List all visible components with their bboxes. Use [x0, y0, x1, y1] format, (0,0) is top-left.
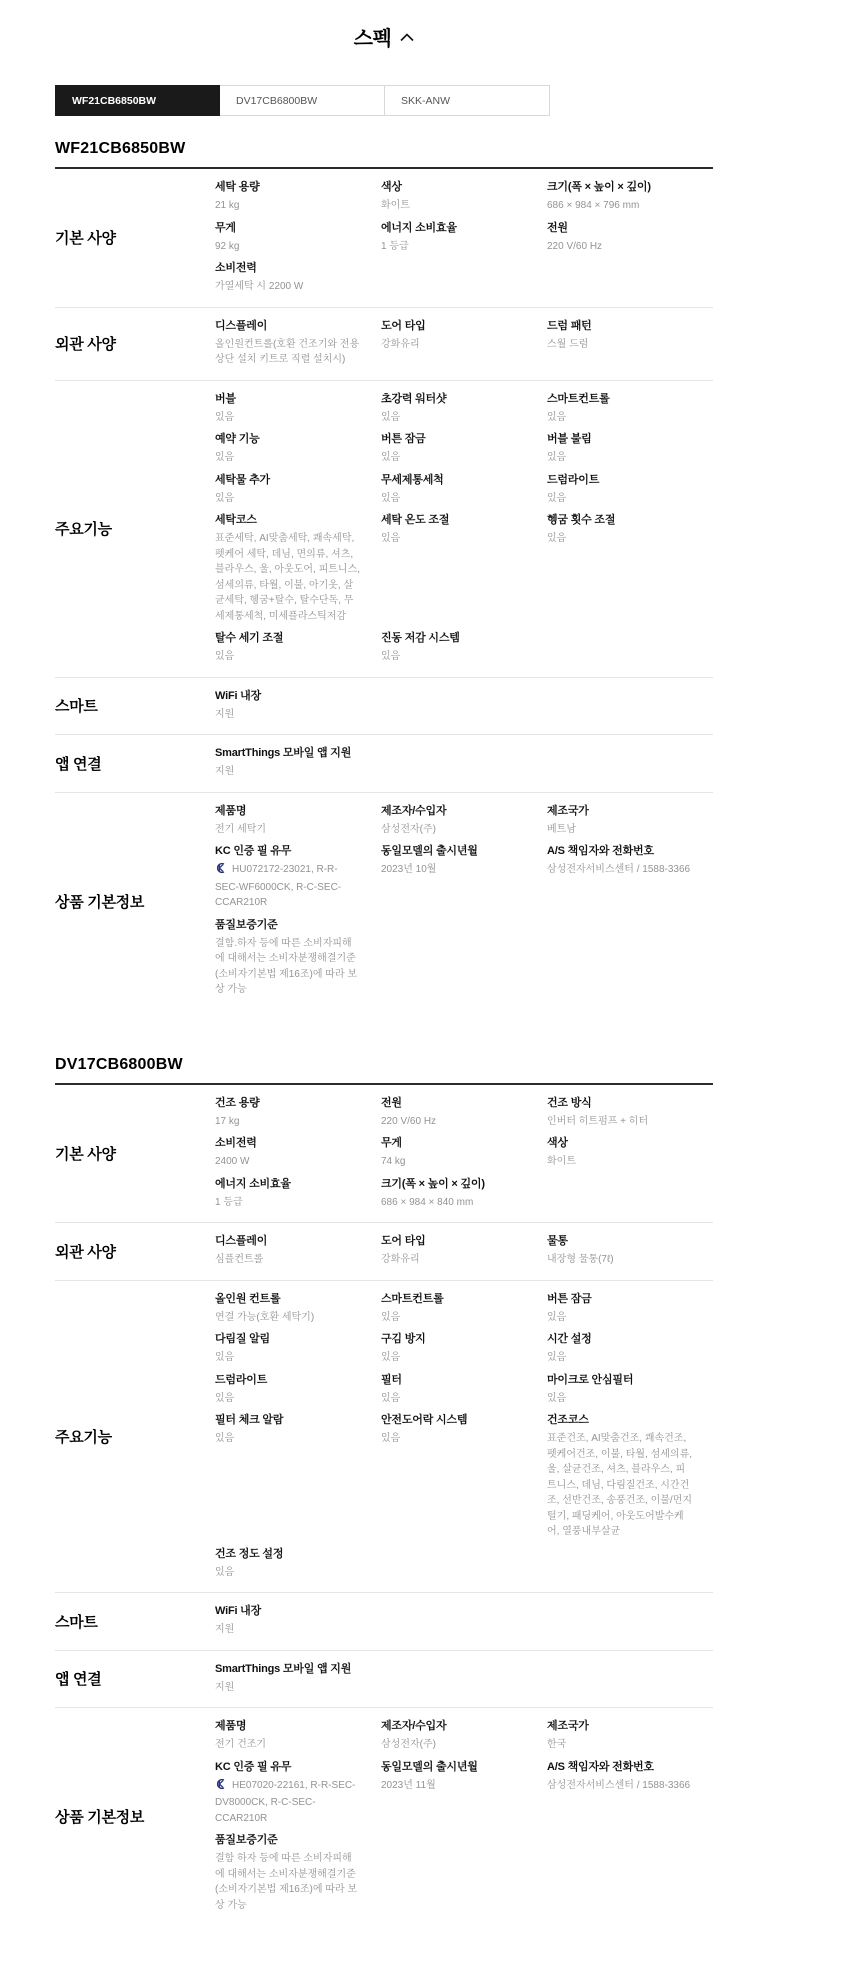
spec-value: 전기 세탁기 [215, 824, 266, 835]
spec-value: 가열세탁 시 2200 W [215, 281, 303, 292]
spec-row: KC 인증 필 유무HU072172-23021, R-R-SEC-WF6000… [215, 840, 713, 914]
spec-label: WiFi 내장 [215, 689, 361, 703]
spec-row: WiFi 내장지원 [215, 685, 713, 726]
spec-value: 연결 가능(호환 세탁기) [215, 1312, 314, 1323]
spec-label: 동일모델의 출시년월 [381, 1760, 527, 1774]
spec-label: 세탁 온도 조절 [381, 513, 527, 527]
tab-WF21CB6850BW[interactable]: WF21CB6850BW [55, 85, 220, 116]
spec-value: 강화유리 [381, 1254, 420, 1265]
section-label: 기본 사양 [55, 1085, 215, 1223]
spec-cell: 버튼 잠금있음 [547, 1288, 713, 1329]
spec-section: 상품 기본정보제품명전기 건조기제조자/수입자삼성전자(주)제조국가한국KC 인… [55, 1708, 713, 1925]
spec-label: 제조자/수입자 [381, 804, 527, 818]
spec-value: 74 kg [381, 1156, 405, 1167]
spec-cell: 스마트컨트롤있음 [381, 1288, 547, 1329]
tab-SKK-ANW[interactable]: SKK-ANW [385, 85, 550, 116]
spec-value: 있음 [547, 452, 566, 463]
spec-value: 한국 [547, 1739, 566, 1750]
spec-cell: 시간 설정있음 [547, 1328, 713, 1369]
spec-label: 버블 불림 [547, 432, 693, 446]
spec-cell: 색상화이트 [381, 176, 547, 217]
spec-label: 헹굼 횟수 조절 [547, 513, 693, 527]
spec-cell: 제조국가베트남 [547, 800, 713, 841]
spec-row: 품질보증기준결함.하자 등에 따른 소비자피해에 대해서는 소비자분쟁해결기준(… [215, 914, 713, 1001]
spec-label: 크기(폭 × 높이 × 깊이) [547, 180, 693, 194]
spec-label: 품질보증기준 [215, 1833, 361, 1847]
spec-label: 에너지 소비효율 [215, 1177, 361, 1191]
spec-label: KC 인증 필 유무 [215, 844, 361, 858]
spec-cell: 크기(폭 × 높이 × 깊이)686 × 984 × 840 mm [381, 1173, 547, 1214]
spec-row: 무게92 kg에너지 소비효율1 등급전원220 V/60 Hz [215, 217, 713, 258]
spec-value: 결함 하자 등에 따른 소비자피해에 대해서는 소비자분쟁해결기준(소비자기본법… [215, 1853, 357, 1911]
spec-label: 세탁 용량 [215, 180, 361, 194]
spec-section: 외관 사양디스플레이심플컨트롤도어 타입강화유리물통내장형 물통(7ℓ) [55, 1223, 713, 1281]
spec-cell: 디스플레이올인원컨트롤(호환 건조기와 전용 상단 설치 키트로 직렬 설치시) [215, 315, 381, 371]
spec-row: 세탁물 추가있음무세제통세척있음드럼라이트있음 [215, 469, 713, 510]
spec-label: A/S 책임자와 전화번호 [547, 1760, 693, 1774]
spec-label: 건조 방식 [547, 1096, 693, 1110]
spec-value: 결함.하자 등에 따른 소비자피해에 대해서는 소비자분쟁해결기준(소비자기본법… [215, 938, 357, 996]
spec-cell: 버튼 잠금있음 [381, 428, 547, 469]
product-spec-tables: WF21CB6850BW기본 사양세탁 용량21 kg색상화이트크기(폭 × 높… [55, 140, 713, 1925]
spec-cell: 건조 방식인버터 히트펌프 + 히터 [547, 1092, 713, 1133]
spec-label: 소비전력 [215, 261, 361, 275]
spec-cell: SmartThings 모바일 앱 지원지원 [215, 742, 381, 783]
spec-page: 스펙 WF21CB6850BWDV17CB6800BWSKK-ANW WF21C… [55, 0, 713, 1925]
spec-cell: 마이크로 안심필터있음 [547, 1369, 713, 1410]
spec-value: 있음 [547, 1312, 566, 1323]
spec-cell: 에너지 소비효율1 등급 [381, 217, 547, 258]
section-label: 상품 기본정보 [55, 793, 215, 1010]
spec-cell: 필터 체크 알람있음 [215, 1409, 381, 1543]
spec-label: 다림질 알림 [215, 1332, 361, 1346]
spec-cell: 제조자/수입자삼성전자(주) [381, 800, 547, 841]
spec-section: 주요기능버블있음초강력 워터샷있음스마트컨트롤있음예약 기능있음버튼 잠금있음버… [55, 381, 713, 678]
spec-value: 있음 [381, 1393, 400, 1404]
spec-label: 드럼 패턴 [547, 319, 693, 333]
spec-value: 있음 [381, 1352, 400, 1363]
section-label: 외관 사양 [55, 1223, 215, 1280]
spec-section: 앱 연결SmartThings 모바일 앱 지원지원 [55, 735, 713, 793]
spec-value: 표준건조, AI맞춤건조, 쾌속건조, 펫케어건조, 이불, 타월, 섬세의류,… [547, 1433, 692, 1537]
spec-cell: 드럼라이트있음 [215, 1369, 381, 1410]
spec-value: 2023년 11월 [381, 1780, 436, 1791]
section-label: 주요기능 [55, 1281, 215, 1593]
spec-cell: 전원220 V/60 Hz [547, 217, 713, 258]
spec-value: 지원 [215, 1624, 234, 1635]
spec-label: 제조자/수입자 [381, 1719, 527, 1733]
spec-cell: 구김 방지있음 [381, 1328, 547, 1369]
spec-value: 삼성전자서비스센터 / 1588-3366 [547, 1780, 690, 1791]
spec-value: 표준세탁, AI맞춤세탁, 쾌속세탁, 펫케어 세탁, 데님, 면의류, 셔츠,… [215, 533, 360, 622]
spec-value: 화이트 [547, 1156, 576, 1167]
spec-label: 안전도어락 시스템 [381, 1413, 527, 1427]
section-label: 스마트 [55, 678, 215, 735]
spec-value: 있음 [215, 493, 234, 504]
spec-row: 소비전력가열세탁 시 2200 W [215, 257, 713, 298]
spec-cell: 스마트컨트롤있음 [547, 388, 713, 429]
section-label: 주요기능 [55, 381, 215, 677]
spec-row: WiFi 내장지원 [215, 1600, 713, 1641]
spec-value: 있음 [547, 493, 566, 504]
spec-row: 올인원 컨트롤연결 가능(호환 세탁기)스마트컨트롤있음버튼 잠금있음 [215, 1288, 713, 1329]
spec-section: 주요기능올인원 컨트롤연결 가능(호환 세탁기)스마트컨트롤있음버튼 잠금있음다… [55, 1281, 713, 1594]
spec-label: 버튼 잠금 [381, 432, 527, 446]
spec-cell: 소비전력가열세탁 시 2200 W [215, 257, 381, 298]
spec-label: 건조 용량 [215, 1096, 361, 1110]
spec-value: 베트남 [547, 824, 576, 835]
spec-label: 물통 [547, 1234, 693, 1248]
spec-cell: 초강력 워터샷있음 [381, 388, 547, 429]
spec-value: 21 kg [215, 200, 239, 211]
spec-value: 2400 W [215, 1156, 249, 1167]
spec-cell: 세탁물 추가있음 [215, 469, 381, 510]
chevron-up-icon [400, 29, 414, 47]
spec-value: 92 kg [215, 241, 239, 252]
spec-label: 에너지 소비효율 [381, 221, 527, 235]
spec-cell: 디스플레이심플컨트롤 [215, 1230, 381, 1271]
kc-cert-icon [215, 1778, 227, 1796]
spec-cell: 도어 타입강화유리 [381, 315, 547, 371]
spec-row: SmartThings 모바일 앱 지원지원 [215, 1658, 713, 1699]
tab-DV17CB6800BW[interactable]: DV17CB6800BW [220, 85, 385, 116]
spec-value: 올인원컨트롤(호환 건조기와 전용 상단 설치 키트로 직렬 설치시) [215, 339, 359, 366]
spec-cell: 세탁 온도 조절있음 [381, 509, 547, 627]
product-title: WF21CB6850BW [55, 140, 713, 158]
spec-value: 686 × 984 × 796 mm [547, 200, 639, 211]
spec-value: 있음 [215, 452, 234, 463]
spec-table: 기본 사양건조 용량17 kg전원220 V/60 Hz건조 방식인버터 히트펌… [55, 1083, 713, 1926]
spec-value: 있음 [381, 651, 400, 662]
spec-value: 있음 [381, 533, 400, 544]
spec-label: 시간 설정 [547, 1332, 693, 1346]
spec-label: 버블 [215, 392, 361, 406]
section-label: 스마트 [55, 1593, 215, 1650]
spec-row: KC 인증 필 유무HE07020-22161, R-R-SEC-DV8000C… [215, 1756, 713, 1830]
spec-row: 품질보증기준결함 하자 등에 따른 소비자피해에 대해서는 소비자분쟁해결기준(… [215, 1829, 713, 1916]
spec-label: 제조국가 [547, 804, 693, 818]
spec-row: 세탁코스표준세탁, AI맞춤세탁, 쾌속세탁, 펫케어 세탁, 데님, 면의류,… [215, 509, 713, 627]
page-title: 스펙 [354, 22, 392, 51]
spec-value: 스월 드럼 [547, 339, 588, 350]
spec-label: 진동 저감 시스템 [381, 631, 527, 645]
section-label: 앱 연결 [55, 735, 215, 792]
spec-cell: 도어 타입강화유리 [381, 1230, 547, 1271]
spec-section: 기본 사양세탁 용량21 kg색상화이트크기(폭 × 높이 × 깊이)686 ×… [55, 169, 713, 308]
spec-label: WiFi 내장 [215, 1604, 361, 1618]
spec-value: 686 × 984 × 840 mm [381, 1197, 473, 1208]
spec-label: 건조코스 [547, 1413, 693, 1427]
spec-label: 드럼라이트 [215, 1373, 361, 1387]
spec-cell: A/S 책임자와 전화번호삼성전자서비스센터 / 1588-3366 [547, 1756, 713, 1830]
spec-value: 있음 [547, 1393, 566, 1404]
product-title: DV17CB6800BW [55, 1056, 713, 1074]
spec-value: 220 V/60 Hz [381, 1116, 436, 1127]
spec-label: 제품명 [215, 1719, 361, 1733]
spec-section: 스마트WiFi 내장지원 [55, 678, 713, 736]
spec-row: 필터 체크 알람있음안전도어락 시스템있음건조코스표준건조, AI맞춤건조, 쾌… [215, 1409, 713, 1543]
spec-label: SmartThings 모바일 앱 지원 [215, 746, 361, 760]
spec-label: 전원 [381, 1096, 527, 1110]
spec-value: 인버터 히트펌프 + 히터 [547, 1116, 648, 1127]
spec-value: 지원 [215, 709, 234, 720]
spec-value: 2023년 10월 [381, 864, 436, 875]
spec-label: 도어 타입 [381, 1234, 527, 1248]
spec-value: 지원 [215, 766, 234, 777]
spec-label: 전원 [547, 221, 693, 235]
spec-cell: 탈수 세기 조절있음 [215, 627, 381, 668]
spec-label: SmartThings 모바일 앱 지원 [215, 1662, 361, 1676]
spec-cell: 헹굼 횟수 조절있음 [547, 509, 713, 627]
spec-label: 디스플레이 [215, 1234, 361, 1248]
spec-label: 올인원 컨트롤 [215, 1292, 361, 1306]
spec-value: 17 kg [215, 1116, 239, 1127]
spec-label: 드럼라이트 [547, 473, 693, 487]
spec-value: 있음 [547, 1352, 566, 1363]
spec-cell: 건조코스표준건조, AI맞춤건조, 쾌속건조, 펫케어건조, 이불, 타월, 섬… [547, 1409, 713, 1543]
model-tabs: WF21CB6850BWDV17CB6800BWSKK-ANW [55, 85, 713, 116]
spec-cell: A/S 책임자와 전화번호삼성전자서비스센터 / 1588-3366 [547, 840, 713, 914]
spec-cell: 예약 기능있음 [215, 428, 381, 469]
spec-section: 앱 연결SmartThings 모바일 앱 지원지원 [55, 1651, 713, 1709]
spec-cell: 동일모델의 출시년월2023년 11월 [381, 1756, 547, 1830]
section-label: 앱 연결 [55, 1651, 215, 1708]
spec-row: 버블있음초강력 워터샷있음스마트컨트롤있음 [215, 388, 713, 429]
spec-cell: 안전도어락 시스템있음 [381, 1409, 547, 1543]
spec-row: 제품명전기 세탁기제조자/수입자삼성전자(주)제조국가베트남 [215, 800, 713, 841]
spec-label: 세탁코스 [215, 513, 361, 527]
spec-value: 있음 [215, 1352, 234, 1363]
spec-cell: KC 인증 필 유무HU072172-23021, R-R-SEC-WF6000… [215, 840, 381, 914]
spec-value: 삼성전자(주) [381, 1739, 436, 1750]
spec-value: 화이트 [381, 200, 410, 211]
spec-row: 드럼라이트있음필터있음마이크로 안심필터있음 [215, 1369, 713, 1410]
spec-row: 건조 용량17 kg전원220 V/60 Hz건조 방식인버터 히트펌프 + 히… [215, 1092, 713, 1133]
spec-cell: 무세제통세척있음 [381, 469, 547, 510]
spec-label: 탈수 세기 조절 [215, 631, 361, 645]
product-DV17CB6800BW: DV17CB6800BW기본 사양건조 용량17 kg전원220 V/60 Hz… [55, 1056, 713, 1926]
spec-label: 무세제통세척 [381, 473, 527, 487]
spec-label: 구김 방지 [381, 1332, 527, 1346]
spec-label: 무게 [381, 1136, 527, 1150]
spec-value: 있음 [381, 412, 400, 423]
spec-cell: 진동 저감 시스템있음 [381, 627, 547, 668]
spec-label: 색상 [381, 180, 527, 194]
spec-cell: 무게74 kg [381, 1132, 547, 1173]
spec-value: 있음 [215, 1567, 234, 1578]
spec-cell: 제조국가한국 [547, 1715, 713, 1756]
spec-cell: WiFi 내장지원 [215, 1600, 381, 1641]
spec-label: 필터 체크 알람 [215, 1413, 361, 1427]
spec-value: 있음 [381, 452, 400, 463]
spec-cell: 품질보증기준결함.하자 등에 따른 소비자피해에 대해서는 소비자분쟁해결기준(… [215, 914, 381, 1001]
spec-label: 버튼 잠금 [547, 1292, 693, 1306]
spec-value: 1 등급 [215, 1197, 243, 1208]
spec-cell: 크기(폭 × 높이 × 깊이)686 × 984 × 796 mm [547, 176, 713, 217]
spec-value: 있음 [547, 533, 566, 544]
spec-cell: 무게92 kg [215, 217, 381, 258]
spec-cell: 버블있음 [215, 388, 381, 429]
spec-cell: 드럼라이트있음 [547, 469, 713, 510]
spec-cell: 소비전력2400 W [215, 1132, 381, 1173]
spec-label: 건조 정도 설정 [215, 1547, 361, 1561]
spec-row: 소비전력2400 W무게74 kg색상화이트 [215, 1132, 713, 1173]
spec-label: 세탁물 추가 [215, 473, 361, 487]
spec-label: A/S 책임자와 전화번호 [547, 844, 693, 858]
spec-label: 색상 [547, 1136, 693, 1150]
spec-value: HE07020-22161, R-R-SEC-DV8000CK, R-C-SEC… [215, 1780, 355, 1824]
spec-cell: WiFi 내장지원 [215, 685, 381, 726]
spec-value: 삼성전자(주) [381, 824, 436, 835]
spec-label: 제품명 [215, 804, 361, 818]
spec-row: 디스플레이심플컨트롤도어 타입강화유리물통내장형 물통(7ℓ) [215, 1230, 713, 1271]
spec-cell: 다림질 알림있음 [215, 1328, 381, 1369]
spec-label: 품질보증기준 [215, 918, 361, 932]
section-label: 상품 기본정보 [55, 1708, 215, 1925]
spec-label: 도어 타입 [381, 319, 527, 333]
spec-row: 탈수 세기 조절있음진동 저감 시스템있음 [215, 627, 713, 668]
spec-value: 1 등급 [381, 241, 409, 252]
spec-cell: 품질보증기준결함 하자 등에 따른 소비자피해에 대해서는 소비자분쟁해결기준(… [215, 1829, 381, 1916]
spec-row: 다림질 알림있음구김 방지있음시간 설정있음 [215, 1328, 713, 1369]
spec-cell: 제품명전기 건조기 [215, 1715, 381, 1756]
spec-row: 예약 기능있음버튼 잠금있음버블 불림있음 [215, 428, 713, 469]
spec-label: 마이크로 안심필터 [547, 1373, 693, 1387]
spec-section: 스마트WiFi 내장지원 [55, 1593, 713, 1651]
spec-cell: 동일모델의 출시년월2023년 10월 [381, 840, 547, 914]
spec-row: 건조 정도 설정있음 [215, 1543, 713, 1584]
spec-cell: 색상화이트 [547, 1132, 713, 1173]
spec-cell: 세탁코스표준세탁, AI맞춤세탁, 쾌속세탁, 펫케어 세탁, 데님, 면의류,… [215, 509, 381, 627]
spec-value: 삼성전자서비스센터 / 1588-3366 [547, 864, 690, 875]
spec-cell: 제품명전기 세탁기 [215, 800, 381, 841]
spec-label: 필터 [381, 1373, 527, 1387]
kc-cert-icon [215, 862, 227, 880]
spec-label: KC 인증 필 유무 [215, 1760, 361, 1774]
spec-value: 있음 [381, 1312, 400, 1323]
spec-value: 있음 [215, 1433, 234, 1444]
spec-section: 상품 기본정보제품명전기 세탁기제조자/수입자삼성전자(주)제조국가베트남KC … [55, 793, 713, 1010]
spec-value: 있음 [215, 412, 234, 423]
spec-cell: 세탁 용량21 kg [215, 176, 381, 217]
spec-row: 제품명전기 건조기제조자/수입자삼성전자(주)제조국가한국 [215, 1715, 713, 1756]
spec-label: 스마트컨트롤 [381, 1292, 527, 1306]
spec-cell: 버블 불림있음 [547, 428, 713, 469]
spec-value: 전기 건조기 [215, 1739, 266, 1750]
spec-cell: 건조 정도 설정있음 [215, 1543, 381, 1584]
spec-label: 예약 기능 [215, 432, 361, 446]
spec-value: 강화유리 [381, 339, 420, 350]
spec-label: 무게 [215, 221, 361, 235]
spec-value: 220 V/60 Hz [547, 241, 602, 252]
spec-label: 제조국가 [547, 1719, 693, 1733]
spec-label: 스마트컨트롤 [547, 392, 693, 406]
spec-cell: 제조자/수입자삼성전자(주) [381, 1715, 547, 1756]
spec-label: 크기(폭 × 높이 × 깊이) [381, 1177, 527, 1191]
spec-value: 있음 [381, 1433, 400, 1444]
spec-cell: KC 인증 필 유무HE07020-22161, R-R-SEC-DV8000C… [215, 1756, 381, 1830]
section-label: 기본 사양 [55, 169, 215, 307]
spec-accordion-header[interactable]: 스펙 [55, 22, 713, 51]
spec-value: 있음 [381, 493, 400, 504]
spec-value: 있음 [215, 651, 234, 662]
section-label: 외관 사양 [55, 308, 215, 380]
spec-table: 기본 사양세탁 용량21 kg색상화이트크기(폭 × 높이 × 깊이)686 ×… [55, 167, 713, 1010]
spec-cell: 물통내장형 물통(7ℓ) [547, 1230, 713, 1271]
spec-section: 기본 사양건조 용량17 kg전원220 V/60 Hz건조 방식인버터 히트펌… [55, 1085, 713, 1224]
spec-value: 내장형 물통(7ℓ) [547, 1254, 614, 1265]
spec-label: 디스플레이 [215, 319, 361, 333]
spec-cell: 건조 용량17 kg [215, 1092, 381, 1133]
spec-cell: SmartThings 모바일 앱 지원지원 [215, 1658, 381, 1699]
spec-cell: 전원220 V/60 Hz [381, 1092, 547, 1133]
spec-cell: 드럼 패턴스월 드럼 [547, 315, 713, 371]
spec-cell: 올인원 컨트롤연결 가능(호환 세탁기) [215, 1288, 381, 1329]
spec-value: 있음 [547, 412, 566, 423]
spec-value: 심플컨트롤 [215, 1254, 263, 1265]
spec-row: SmartThings 모바일 앱 지원지원 [215, 742, 713, 783]
spec-row: 세탁 용량21 kg색상화이트크기(폭 × 높이 × 깊이)686 × 984 … [215, 176, 713, 217]
spec-label: 초강력 워터샷 [381, 392, 527, 406]
spec-cell: 에너지 소비효율1 등급 [215, 1173, 381, 1214]
spec-label: 동일모델의 출시년월 [381, 844, 527, 858]
spec-value: HU072172-23021, R-R-SEC-WF6000CK, R-C-SE… [215, 864, 341, 908]
spec-value: 있음 [215, 1393, 234, 1404]
spec-label: 소비전력 [215, 1136, 361, 1150]
spec-value: 지원 [215, 1682, 234, 1693]
product-WF21CB6850BW: WF21CB6850BW기본 사양세탁 용량21 kg색상화이트크기(폭 × 높… [55, 140, 713, 1010]
spec-row: 에너지 소비효율1 등급크기(폭 × 높이 × 깊이)686 × 984 × 8… [215, 1173, 713, 1214]
spec-cell: 필터있음 [381, 1369, 547, 1410]
spec-row: 디스플레이올인원컨트롤(호환 건조기와 전용 상단 설치 키트로 직렬 설치시)… [215, 315, 713, 371]
spec-section: 외관 사양디스플레이올인원컨트롤(호환 건조기와 전용 상단 설치 키트로 직렬… [55, 308, 713, 381]
